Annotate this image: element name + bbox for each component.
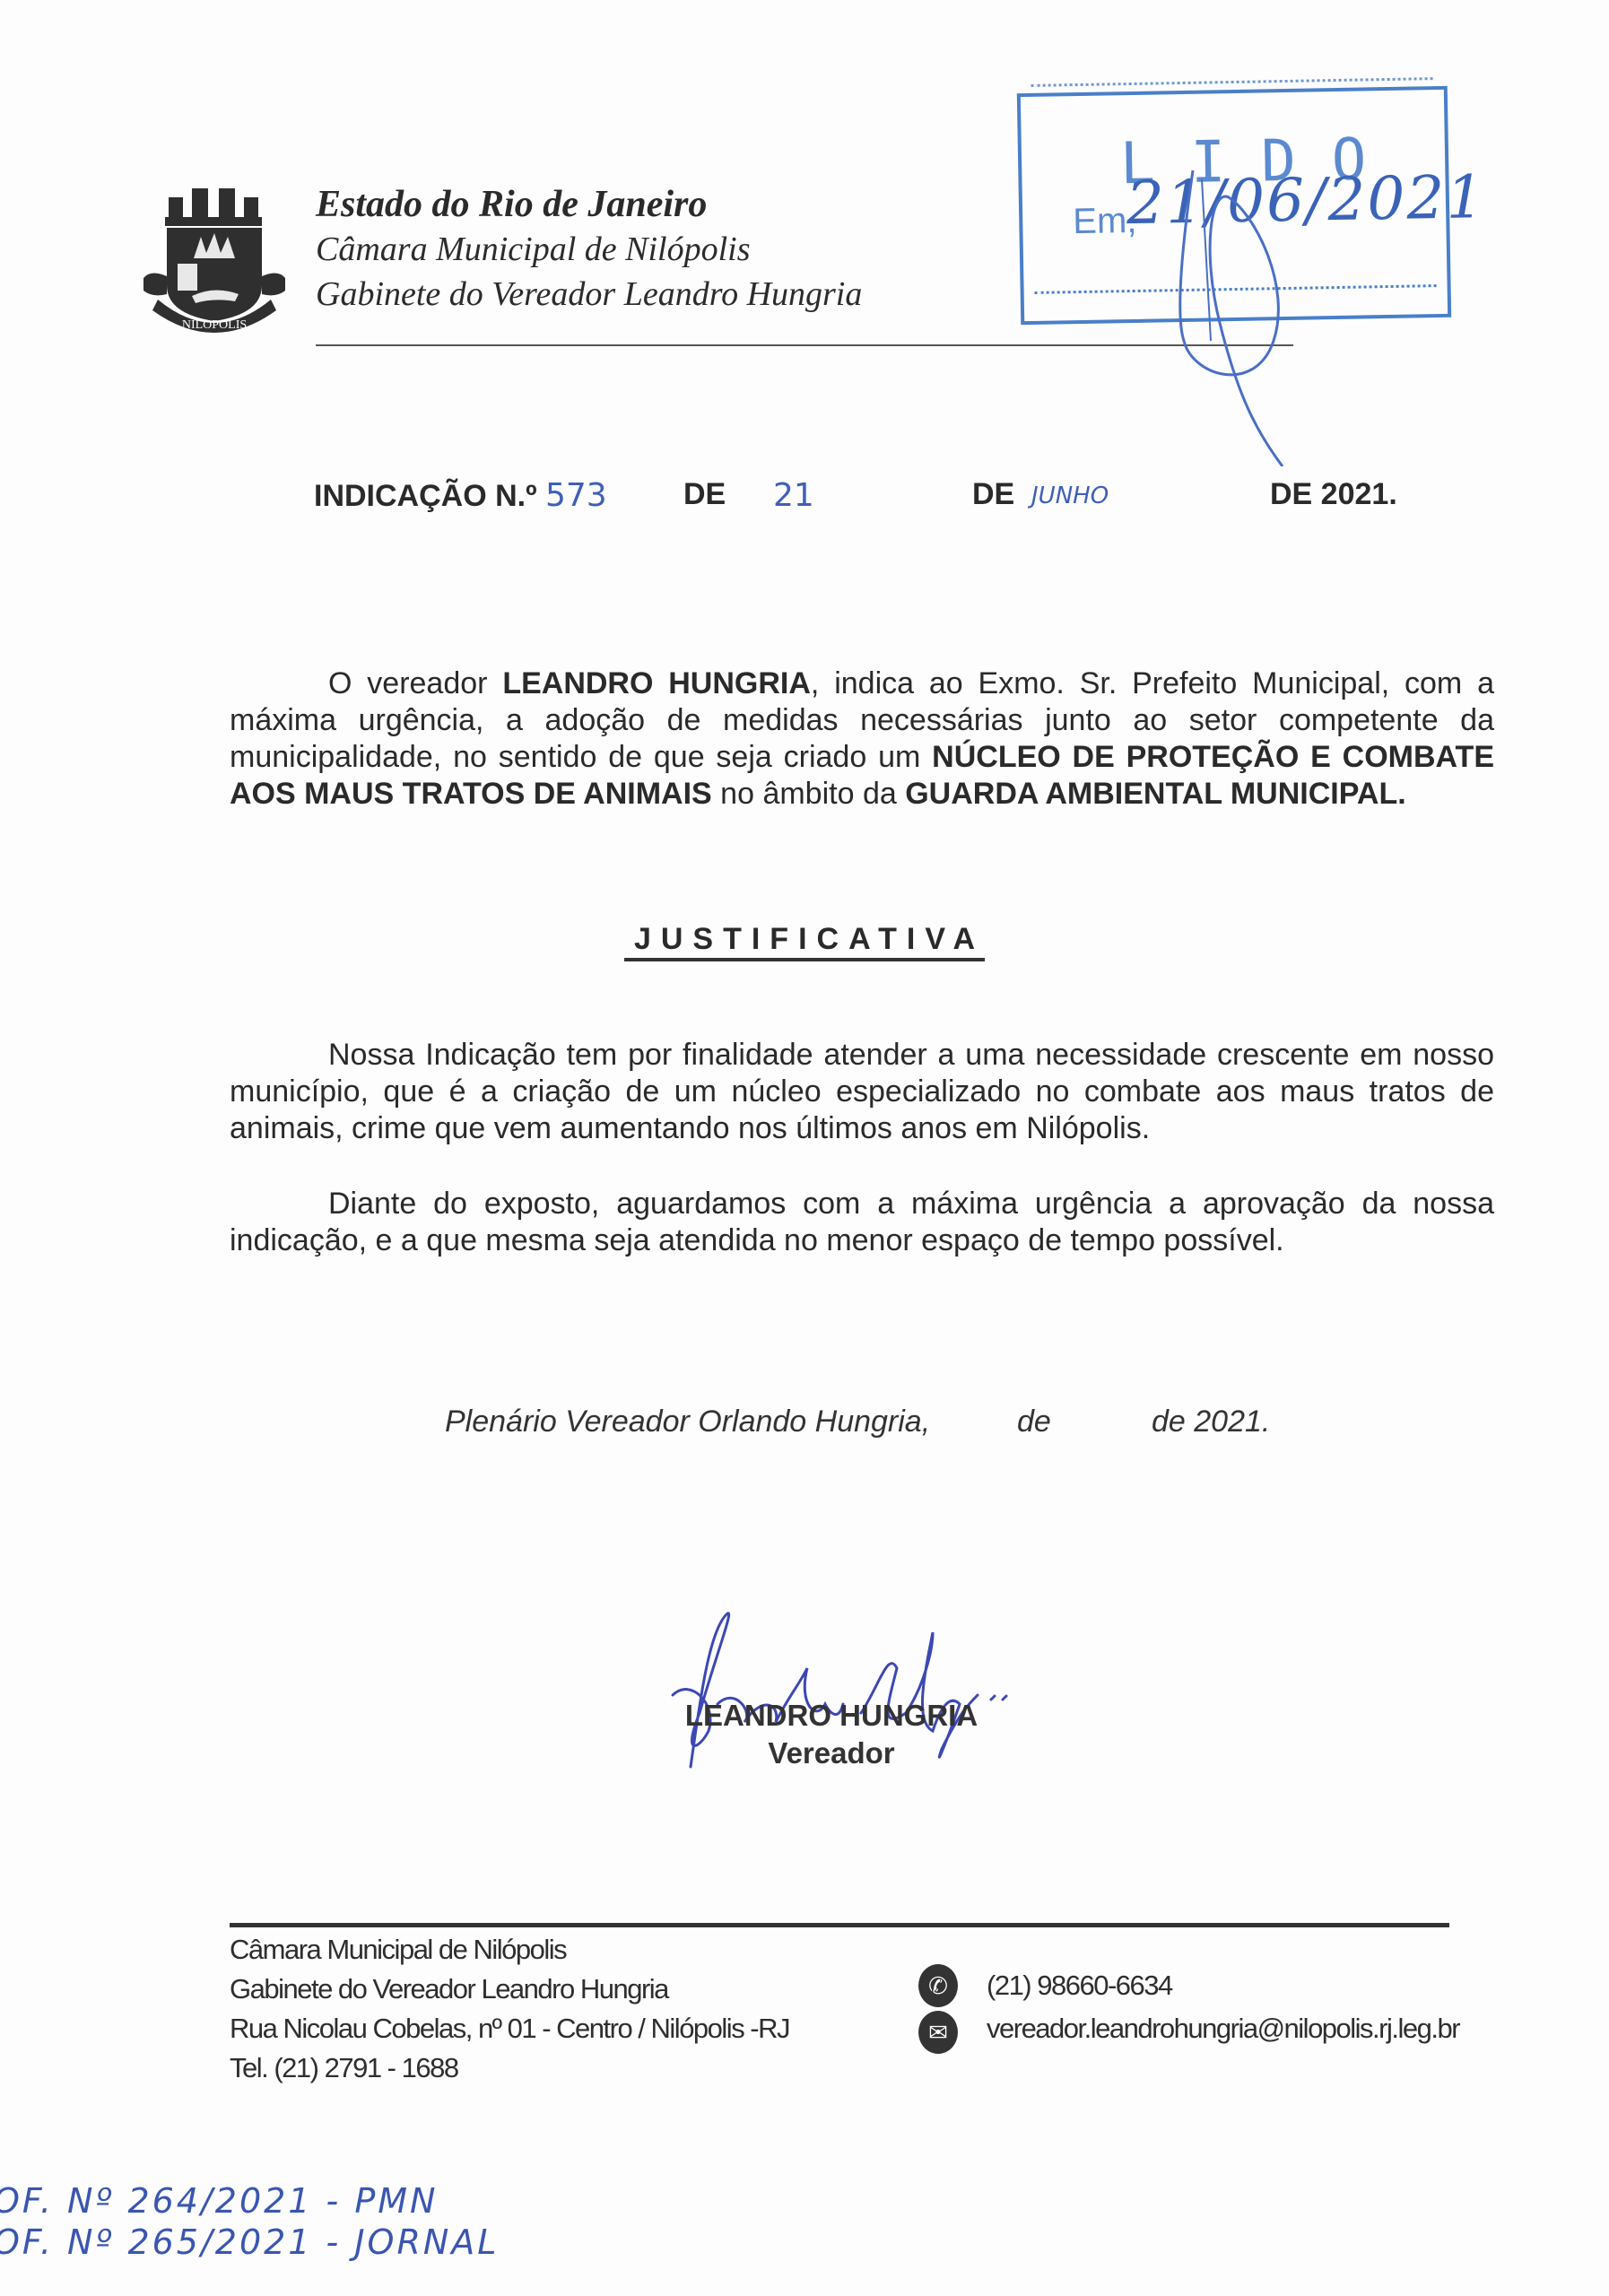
closing-de2: de 2021. [1152, 1405, 1270, 1439]
stamp-top-dotted-line [1031, 77, 1433, 87]
indicacao-label: INDICAÇÃO N.º 573 [314, 477, 607, 514]
header-title: Estado do Rio de Janeiro [316, 183, 707, 226]
handwritten-note-1: OF. Nº 264/2021 - PMN [0, 2181, 438, 2221]
header-divider [316, 344, 1293, 346]
footer-phone-office: Tel. (21) 2791 - 1688 [230, 2052, 458, 2084]
footer-address: Rua Nicolau Cobelas, nº 01 - Centro / Ni… [230, 2013, 789, 2045]
footer-chamber: Câmara Municipal de Nilópolis [230, 1934, 566, 1966]
indicacao-number: 573 [545, 477, 607, 514]
justificativa-heading: JUSTIFICATIVA [0, 922, 1609, 957]
indicacao-year: DE 2021. [1270, 477, 1397, 512]
footer-mobile: (21) 98660-6634 [987, 1970, 1172, 2002]
body-paragraph-3: Diante do exposto, aguardamos com a máxi… [230, 1186, 1494, 1259]
envelope-icon: ✉ [918, 2011, 958, 2054]
closing-de1: de [1017, 1405, 1051, 1439]
signatory-name: LEANDRO HUNGRIA [0, 1699, 1609, 1733]
body-paragraph-1: O vereador LEANDRO HUNGRIA, indica ao Ex… [230, 665, 1494, 813]
nilopolis-crest-logo: NILOPOLIS [142, 179, 287, 341]
footer-divider [230, 1923, 1449, 1927]
indicacao-day: 21 [773, 477, 814, 514]
indicacao-de1: DE [683, 477, 726, 512]
header-chamber: Câmara Municipal de Nilópolis [316, 230, 751, 269]
footer-email[interactable]: vereador.leandrohungria@nilopolis.rj.leg… [987, 2013, 1459, 2045]
header-office: Gabinete do Vereador Leandro Hungria [316, 274, 862, 314]
whatsapp-icon: ✆ [918, 1964, 958, 2007]
footer-office: Gabinete do Vereador Leandro Hungria [230, 1973, 668, 2005]
svg-text:NILOPOLIS: NILOPOLIS [182, 318, 247, 332]
body-paragraph-2: Nossa Indicação tem por finalidade atend… [230, 1037, 1494, 1147]
indicacao-de2: DE [972, 477, 1014, 512]
indicacao-month: JUNHO [1031, 483, 1109, 509]
handwritten-note-2: OF. Nº 265/2021 - JORNAL [0, 2222, 499, 2262]
signatory-role: Vereador [0, 1736, 1609, 1770]
stamp-initials-scribble [1148, 161, 1309, 466]
closing-place: Plenário Vereador Orlando Hungria, [445, 1405, 930, 1439]
